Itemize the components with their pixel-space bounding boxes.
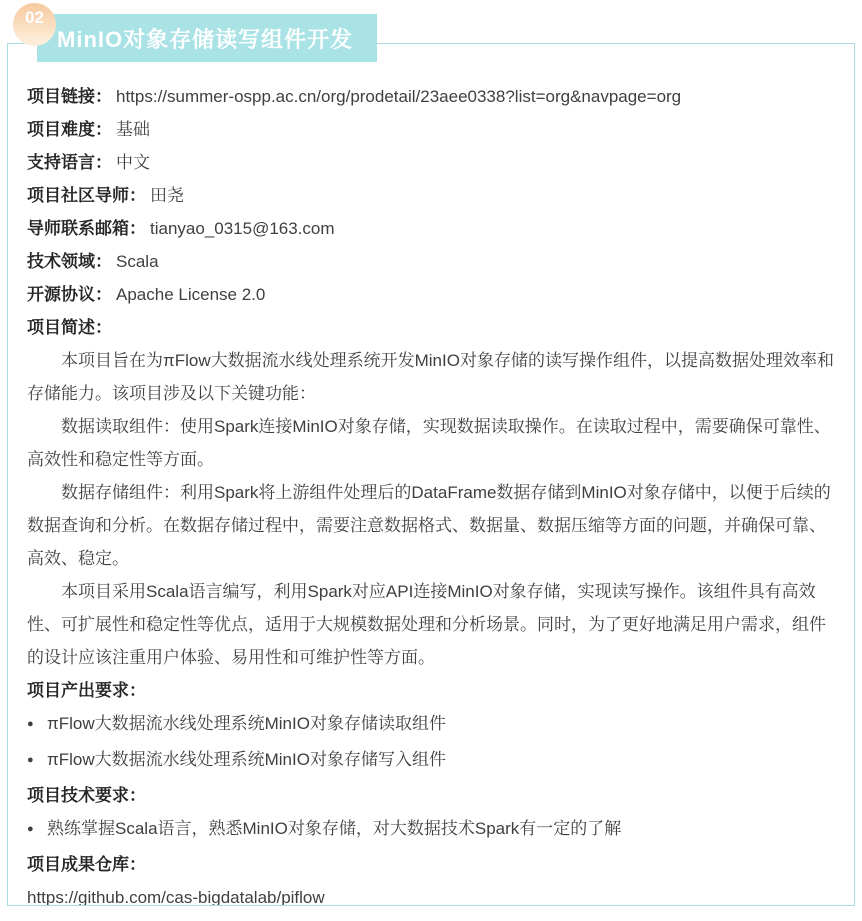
- brief-paragraph: 数据读取组件：使用Spark连接MinIO对象存储，实现数据读取操作。在读取过程…: [27, 410, 835, 476]
- section-number: 02: [25, 8, 44, 28]
- tech-list-item: 熟练掌握Scala语言，熟悉MinIO对象存储，对大数据技术Spark有一定的了…: [27, 812, 835, 848]
- output-item-text: πFlow大数据流水线处理系统MinIO对象存储写入组件: [47, 743, 446, 776]
- tech-requirements-heading: 项目技术要求：: [27, 779, 835, 812]
- field-label: 项目链接：: [27, 87, 112, 106]
- field-value: tianyao_0315@163.com: [150, 219, 335, 238]
- brief-heading: 项目简述：: [27, 311, 835, 344]
- project-link-url: https://summer-ospp.ac.cn/org/prodetail/…: [116, 87, 681, 106]
- field-label: 支持语言：: [27, 153, 112, 172]
- output-list-item: πFlow大数据流水线处理系统MinIO对象存储写入组件: [27, 743, 835, 779]
- section-title-banner: MinIO对象存储读写组件开发: [37, 14, 377, 62]
- field-row-mentor: 项目社区导师：田尧: [27, 179, 835, 212]
- field-row-mentor-email: 导师联系邮箱：tianyao_0315@163.com: [27, 212, 835, 245]
- field-label: 项目社区导师：: [27, 186, 146, 205]
- field-value: 田尧: [150, 186, 184, 205]
- outputs-heading: 项目产出要求：: [27, 674, 835, 707]
- output-list-item: πFlow大数据流水线处理系统MinIO对象存储读取组件: [27, 707, 835, 743]
- field-row-language: 支持语言：中文: [27, 146, 835, 179]
- output-item-text: πFlow大数据流水线处理系统MinIO对象存储读取组件: [47, 707, 446, 740]
- field-label: 开源协议：: [27, 285, 112, 304]
- field-value: 基础: [116, 120, 150, 139]
- section-number-badge: 02: [13, 3, 56, 46]
- section-title: MinIO对象存储读写组件开发: [57, 23, 353, 54]
- field-row-tech-domain: 技术领域：Scala: [27, 245, 835, 278]
- bullet-icon: [27, 743, 47, 779]
- brief-paragraph: 本项目采用Scala语言编写，利用Spark对应API连接MinIO对象存储，实…: [27, 575, 835, 674]
- content-box: 项目链接：https://summer-ospp.ac.cn/org/prode…: [7, 43, 855, 906]
- article-page: 02 MinIO对象存储读写组件开发 项目链接：https://summer-o…: [0, 0, 862, 921]
- field-value: 中文: [116, 153, 150, 172]
- bullet-icon: [27, 707, 47, 743]
- field-label: 导师联系邮箱：: [27, 219, 146, 238]
- field-row-difficulty: 项目难度：基础: [27, 113, 835, 146]
- repo-url: https://github.com/cas-bigdatalab/piflow: [27, 888, 325, 906]
- field-row-project-link: 项目链接：https://summer-ospp.ac.cn/org/prode…: [27, 80, 835, 113]
- field-label: 项目难度：: [27, 120, 112, 139]
- brief-paragraph: 本项目旨在为πFlow大数据流水线处理系统开发MinIO对象存储的读写操作组件，…: [27, 344, 835, 410]
- bullet-icon: [27, 812, 47, 848]
- field-label: 技术领域：: [27, 252, 112, 271]
- content-body: 项目链接：https://summer-ospp.ac.cn/org/prode…: [8, 44, 854, 906]
- field-row-license: 开源协议：Apache License 2.0: [27, 278, 835, 311]
- repo-row: https://github.com/cas-bigdatalab/piflow: [27, 881, 835, 906]
- field-value: Apache License 2.0: [116, 285, 265, 304]
- brief-paragraph: 数据存储组件：利用Spark将上游组件处理后的DataFrame数据存储到Min…: [27, 476, 835, 575]
- tech-item-text: 熟练掌握Scala语言，熟悉MinIO对象存储，对大数据技术Spark有一定的了…: [47, 812, 621, 845]
- repo-heading: 项目成果仓库：: [27, 848, 835, 881]
- field-value: Scala: [116, 252, 159, 271]
